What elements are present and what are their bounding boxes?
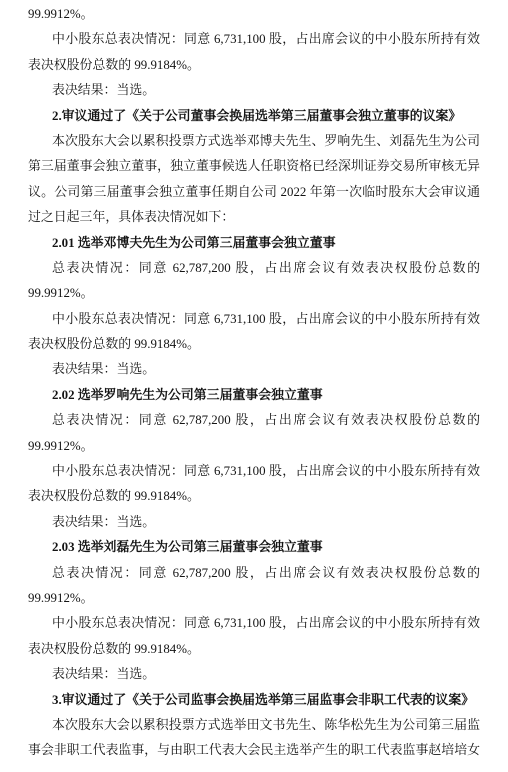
total-vote-pct-line: 99.9912%。 <box>28 586 480 611</box>
minority-vote-line: 中小股东总表决情况：同意 6,731,100 股，占出席会议的中小股东所持有效 <box>28 307 480 332</box>
proposal-2-para-line: 议。公司第三届董事会独立董事任期自公司 2022 年第一次临时股东大会审议通 <box>28 180 480 205</box>
vote-result-line: 表决结果：当选。 <box>28 510 480 535</box>
minority-vote-pct-line: 表决权股份总数的 99.9184%。 <box>28 332 480 357</box>
minority-vote-pct-line: 表决权股份总数的 99.9184%。 <box>28 484 480 509</box>
total-vote-pct-line: 99.9912%。 <box>28 281 480 306</box>
proposal-3-para-line: 事会非职工代表监事，与由职工代表大会民主选举产生的职工代表监事赵培培女 <box>28 738 480 763</box>
proposal-3-para-line: 本次股东大会以累积投票方式选举田文书先生、陈华松先生为公司第三届监 <box>28 713 480 738</box>
minority-vote-pct-line: 表决权股份总数的 99.9184%。 <box>28 53 480 78</box>
proposal-2-para-line: 第三届董事会独立董事，独立董事候选人任职资格已经深圳证券交易所审核无异 <box>28 154 480 179</box>
document-body: 99.9912%。 中小股东总表决情况：同意 6,731,100 股，占出席会议… <box>0 0 508 764</box>
total-vote-pct-line: 99.9912%。 <box>28 434 480 459</box>
subheading-2-03: 2.03 选举刘磊先生为公司第三届董事会独立董事 <box>28 535 480 560</box>
minority-vote-line: 中小股东总表决情况：同意 6,731,100 股，占出席会议的中小股东所持有效 <box>28 611 480 636</box>
proposal-2-heading: 2.审议通过了《关于公司董事会换届选举第三届董事会独立董事的议案》 <box>28 104 480 129</box>
vote-result-line: 表决结果：当选。 <box>28 78 480 103</box>
vote-result-line: 表决结果：当选。 <box>28 357 480 382</box>
subheading-2-02: 2.02 选举罗响先生为公司第三届董事会独立董事 <box>28 383 480 408</box>
document-page: 99.9912%。 中小股东总表决情况：同意 6,731,100 股，占出席会议… <box>0 0 508 772</box>
subheading-2-01: 2.01 选举邓博夫先生为公司第三届董事会独立董事 <box>28 231 480 256</box>
vote-result-line: 表决结果：当选。 <box>28 662 480 687</box>
proposal-3-heading: 3.审议通过了《关于公司监事会换届选举第三届监事会非职工代表的议案》 <box>28 688 480 713</box>
minority-vote-pct-line: 表决权股份总数的 99.9184%。 <box>28 637 480 662</box>
minority-vote-line: 中小股东总表决情况：同意 6,731,100 股，占出席会议的中小股东所持有效 <box>28 459 480 484</box>
total-vote-pct-line: 99.9912%。 <box>28 2 480 27</box>
total-vote-line: 总表决情况：同意 62,787,200 股，占出席会议有效表决权股份总数的 <box>28 408 480 433</box>
total-vote-line: 总表决情况：同意 62,787,200 股，占出席会议有效表决权股份总数的 <box>28 561 480 586</box>
minority-vote-line: 中小股东总表决情况：同意 6,731,100 股，占出席会议的中小股东所持有效 <box>28 27 480 52</box>
proposal-2-para-line: 本次股东大会以累积投票方式选举邓博夫先生、罗响先生、刘磊先生为公司 <box>28 129 480 154</box>
proposal-2-para-line: 过之日起三年，具体表决情况如下： <box>28 205 480 230</box>
total-vote-line: 总表决情况：同意 62,787,200 股，占出席会议有效表决权股份总数的 <box>28 256 480 281</box>
